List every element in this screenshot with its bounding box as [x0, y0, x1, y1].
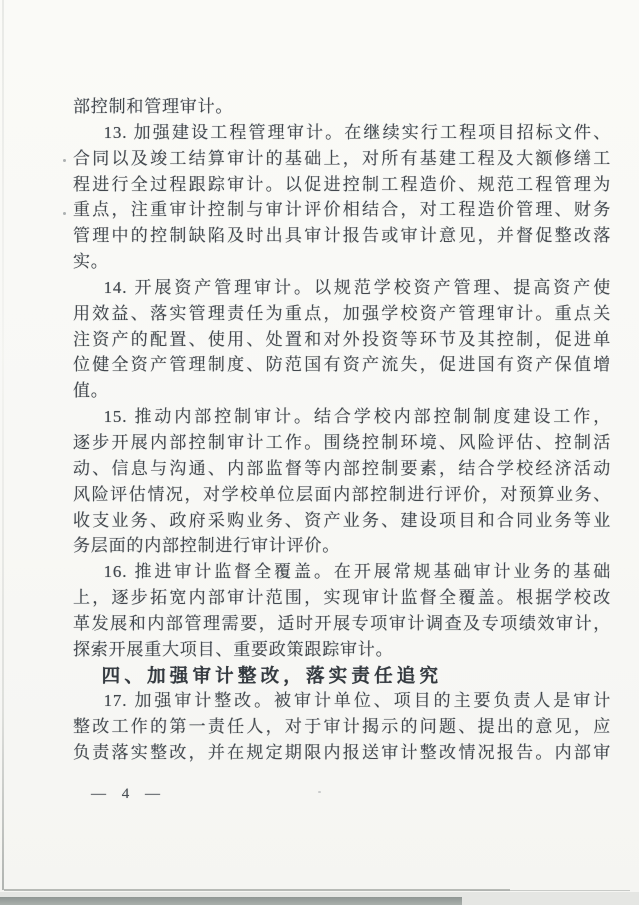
text-line: 位健全资产管理制度、防范国有资产流失，促进国有资产保值增: [73, 352, 611, 378]
text-line: 17. 加强审计整改。被审计单位、项目的主要负责人是审计: [73, 688, 611, 714]
text-line: 15. 推动内部控制审计。结合学校内部控制制度建设工作，: [73, 404, 611, 430]
scan-speck: [63, 212, 66, 215]
text-line: 合同以及竣工结算审计的基础上，对所有基建工程及大额修缮工: [73, 146, 611, 172]
scanned-document-page: 部控制和管理审计。13. 加强建设工程管理审计。在继续实行工程项目招标文件、合同…: [0, 0, 639, 905]
text-line: 14. 开展资产管理审计。以规范学校资产管理、提高资产使: [73, 275, 611, 301]
document-body: 部控制和管理审计。13. 加强建设工程管理审计。在继续实行工程项目招标文件、合同…: [73, 94, 611, 766]
text-line: 收支业务、政府采购业务、资产业务、建设项目和合同业务等业: [73, 508, 611, 534]
scan-speck: [63, 159, 66, 162]
page-number: — 4 —: [91, 786, 166, 803]
scan-edge-bottom-dark: [0, 897, 462, 905]
text-line: 部控制和管理审计。: [73, 94, 611, 120]
text-line: 探索开展重大项目、重要政策跟踪审计。: [73, 637, 611, 663]
text-line: 13. 加强建设工程管理审计。在继续实行工程项目招标文件、: [73, 120, 611, 146]
scan-speck: [575, 330, 579, 332]
text-line: 革发展和内部管理需要，适时开展专项审计调查及专项绩效审计，: [73, 611, 611, 637]
text-line: 动、信息与沟通、内部监督等内部控制要素，结合学校经济活动: [73, 456, 611, 482]
text-line: 程进行全过程跟踪审计。以促进控制工程造价、规范工程管理为: [73, 172, 611, 198]
text-line: 负责落实整改，并在规定期限内报送审计整改情况报告。内部审: [73, 740, 611, 766]
text-line: 重点，注重审计控制与审计评价相结合，对工程造价管理、财务: [73, 197, 611, 223]
text-line: 用效益、落实管理责任为重点，加强学校资产管理审计。重点关: [73, 301, 611, 327]
text-line: 值。: [73, 378, 611, 404]
section-heading: 四、加强审计整改，落实责任追究: [73, 663, 611, 689]
text-line: 务层面的内部控制进行审计评价。: [73, 533, 611, 559]
scan-edge-left: [2, 0, 4, 890]
text-line: 16. 推进审计监督全覆盖。在开展常规基础审计业务的基础: [73, 559, 611, 585]
scan-speck: [318, 791, 321, 793]
text-line: 逐步开展内部控制审计工作。围绕控制环境、风险评估、控制活: [73, 430, 611, 456]
text-line: 风险评估情况，对学校单位层面内部控制进行评价，对预算业务、: [73, 482, 611, 508]
scan-edge-bottom-light: [4, 889, 510, 891]
text-line: 实。: [73, 249, 611, 275]
text-line: 管理中的控制缺陷及时出具审计报告或审计意见，并督促整改落: [73, 223, 611, 249]
text-line: 注资产的配置、使用、处置和对外投资等环节及其控制，促进单: [73, 327, 611, 353]
text-line: 整改工作的第一责任人，对于审计揭示的问题、提出的意见，应: [73, 714, 611, 740]
scan-edge-bottom-faint: [470, 890, 630, 891]
text-line: 上，逐步拓宽内部审计范围，实现审计监督全覆盖。根据学校改: [73, 585, 611, 611]
